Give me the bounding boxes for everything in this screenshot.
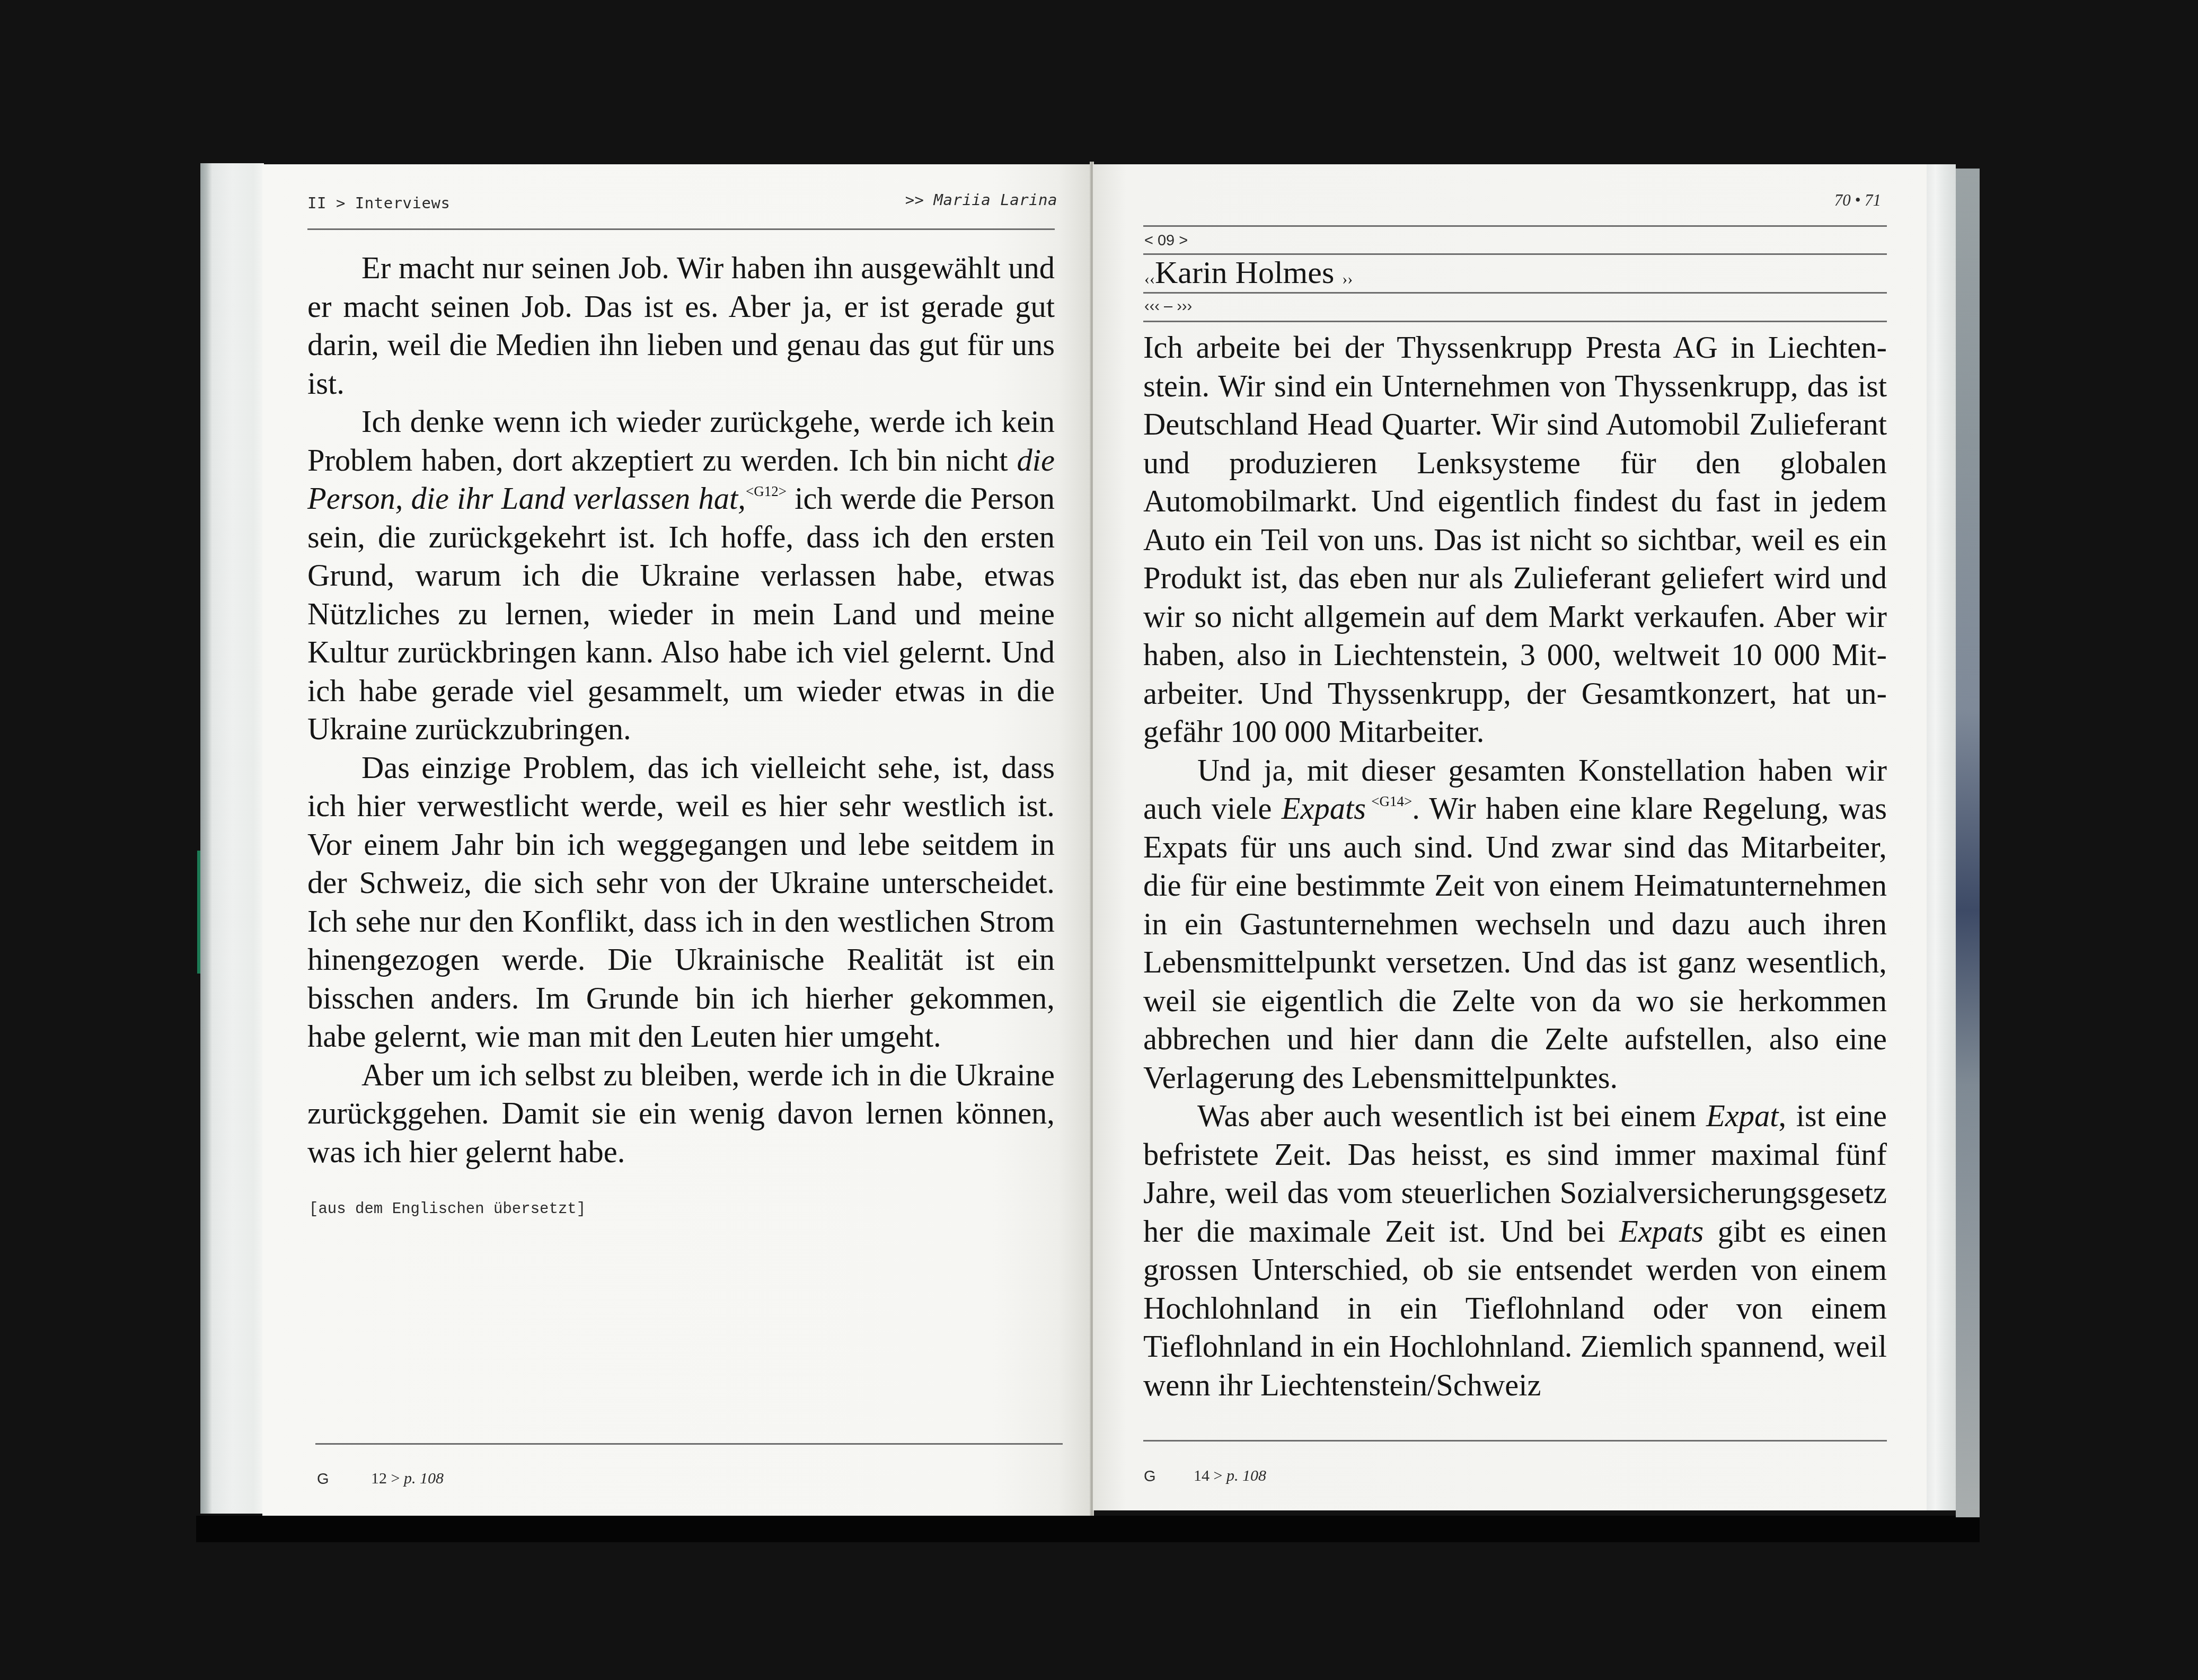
paragraph: Aber um ich selbst zu bleiben, werde ich… bbox=[307, 1056, 1055, 1172]
glossary-ref-page: p. 108 bbox=[404, 1470, 444, 1487]
close-guillemet: ›› bbox=[1342, 270, 1353, 288]
open-guillemet: ‹‹ bbox=[1144, 270, 1155, 288]
italic-word: Expats bbox=[1282, 791, 1366, 826]
book-shadow bbox=[196, 1516, 1980, 1542]
interviewee-name: ‹‹Karin Holmes ›› bbox=[1144, 254, 1353, 291]
footnote-ref-g14[interactable]: <G14> bbox=[1366, 793, 1412, 809]
running-head-section: II > Interviews bbox=[307, 194, 450, 212]
italic-word: Expat bbox=[1706, 1099, 1778, 1133]
left-page: II > Interviews >> Mariia Larina Er mach… bbox=[262, 164, 1092, 1516]
glossary-reference[interactable]: 14 > p. 108 bbox=[1194, 1467, 1266, 1485]
text-run: Ich denke wenn ich wieder zurückgehe, we… bbox=[307, 404, 1055, 478]
role-rule bbox=[1143, 321, 1887, 322]
text-run: ich wer­de die Person sein, die zurückge… bbox=[307, 481, 1055, 746]
header-rule bbox=[307, 228, 1055, 230]
left-body-text: Er macht nur seinen Job. Wir haben ihn a… bbox=[307, 249, 1055, 1171]
footer-rule bbox=[1143, 1440, 1887, 1442]
paragraph: Ich denke wenn ich wieder zurückgehe, we… bbox=[307, 403, 1055, 749]
paragraph: Was aber auch wesentlich ist bei einem E… bbox=[1143, 1097, 1887, 1404]
page-numbers: 70 • 71 bbox=[1834, 191, 1881, 210]
italic-word: Expats bbox=[1619, 1214, 1703, 1249]
text-run: Das einzige Problem, das ich vielleicht … bbox=[307, 750, 1055, 1054]
left-page-stack-edge bbox=[200, 163, 264, 1514]
right-page: 70 • 71 < 09 > ‹‹Karin Holmes ›› ‹‹‹ – ›… bbox=[1093, 164, 1928, 1510]
paragraph: Und ja, mit dieser gesamten Konstellatio… bbox=[1143, 751, 1887, 1098]
text-run: Er macht nur seinen Job. Wir haben ihn a… bbox=[307, 251, 1055, 401]
text-run: . Wir haben eine klare Regelung, was Exp… bbox=[1143, 791, 1887, 1095]
right-cover-edge bbox=[1956, 169, 1980, 1517]
glossary-marker: G bbox=[1144, 1468, 1156, 1486]
interview-number: < 09 > bbox=[1144, 232, 1188, 250]
glossary-ref-number: 14 > bbox=[1194, 1467, 1226, 1484]
paragraph: Das einzige Problem, das ich vielleicht … bbox=[307, 749, 1055, 1056]
glossary-marker: G bbox=[317, 1471, 329, 1488]
right-page-stack-edge bbox=[1927, 164, 1956, 1510]
interviewee-name-text: Karin Holmes bbox=[1155, 255, 1334, 290]
interviewee-rule bbox=[1143, 292, 1887, 294]
book-spread-scan: II > Interviews >> Mariia Larina Er mach… bbox=[0, 0, 2198, 1680]
glossary-reference[interactable]: 12 > p. 108 bbox=[371, 1470, 444, 1488]
translation-note: [aus dem Englischen übersetzt] bbox=[309, 1200, 586, 1218]
right-body-text: Ich arbeite bei der Thyssenkrupp Presta … bbox=[1143, 329, 1887, 1404]
glossary-ref-number: 12 > bbox=[371, 1470, 404, 1487]
paragraph: Er macht nur seinen Job. Wir haben ihn a… bbox=[307, 249, 1055, 403]
header-rule bbox=[1143, 225, 1887, 227]
role-line: ‹‹‹ – ››› bbox=[1144, 298, 1192, 315]
footnote-ref-g12[interactable]: <G12> bbox=[746, 483, 787, 499]
glossary-ref-page: p. 108 bbox=[1226, 1467, 1266, 1484]
paragraph: Ich arbeite bei der Thyssenkrupp Presta … bbox=[1143, 329, 1887, 751]
running-head-interviewee: >> Mariia Larina bbox=[905, 191, 1057, 209]
footer-rule bbox=[315, 1443, 1063, 1445]
text-run: Ich arbeite bei der Thyssenkrupp Presta … bbox=[1143, 330, 1887, 749]
text-run: Aber um ich selbst zu bleiben, werde ich… bbox=[307, 1058, 1055, 1169]
text-run: Was aber auch wesentlich ist bei einem bbox=[1197, 1099, 1706, 1133]
